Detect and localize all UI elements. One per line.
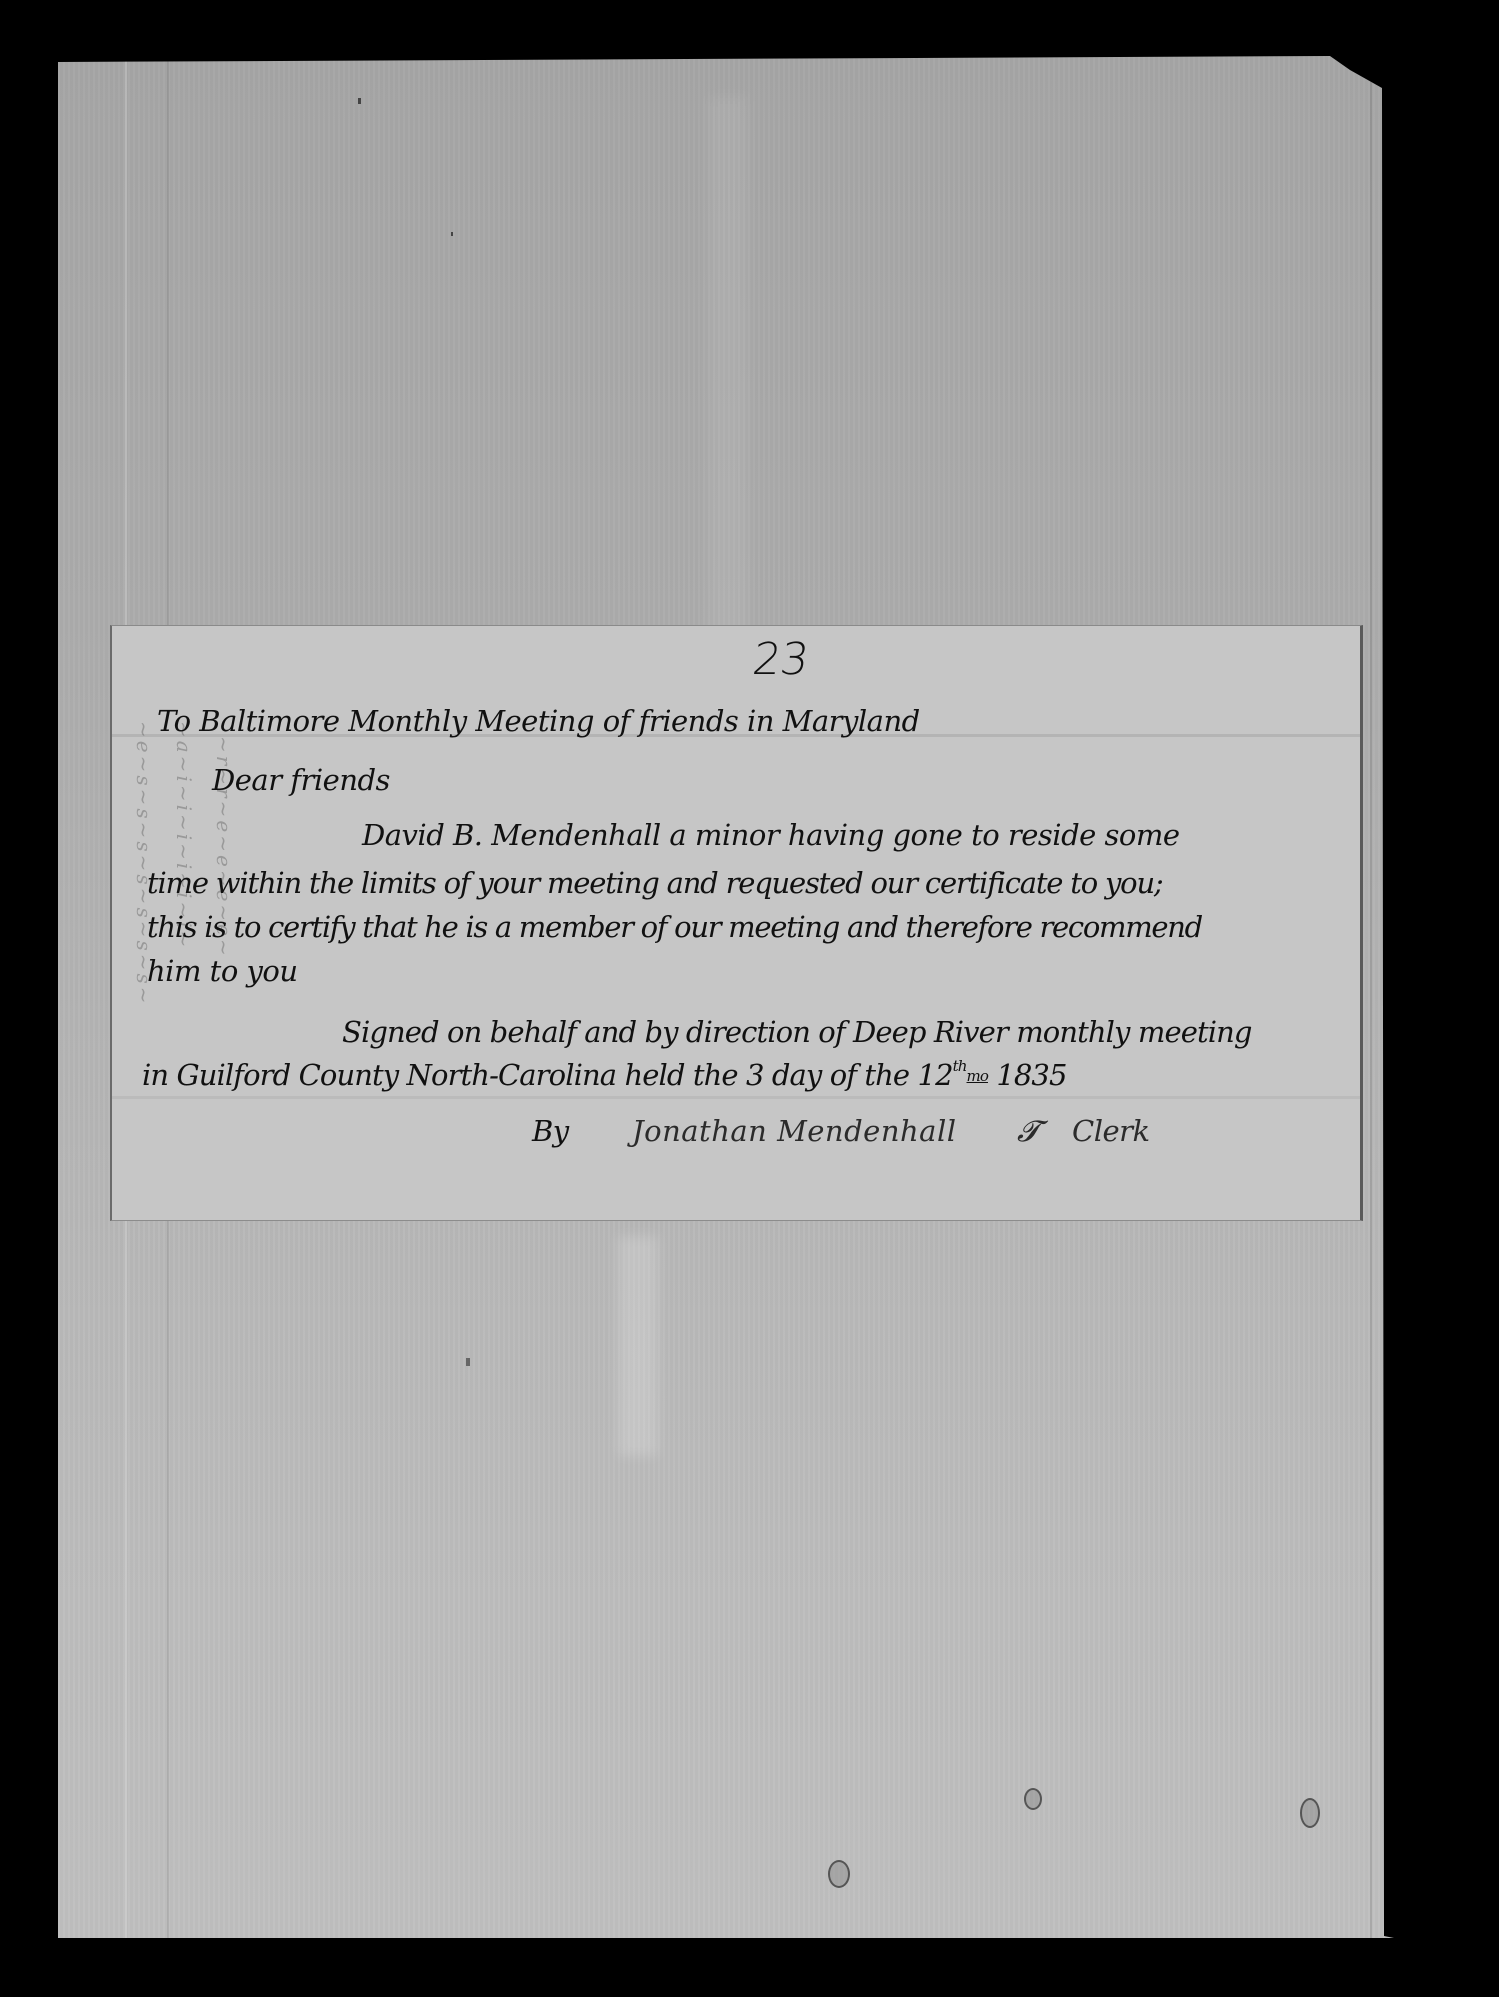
- date-month: 12: [918, 1058, 953, 1092]
- closing-line-1: Signed on behalf and by direction of Dee…: [342, 1015, 1252, 1049]
- paper-speck: [466, 1358, 470, 1366]
- signature-by: By: [532, 1114, 569, 1148]
- closing-line-2: in Guilford County North-Carolina held t…: [142, 1057, 1067, 1092]
- signature-role: Clerk: [1072, 1114, 1150, 1148]
- date-year: 1835: [996, 1058, 1066, 1092]
- paper-speck: [451, 232, 453, 236]
- paper-wear-mark: [618, 1236, 658, 1456]
- place-text: in Guilford County North-Carolina: [142, 1058, 624, 1092]
- scanned-page: ~e~s~s~s~s~s~s~s~ ~a~i~i~i~i~i~i~ ~r~r~e…: [58, 56, 1398, 1938]
- signature-name: Jonathan Mendenhall: [632, 1114, 957, 1148]
- month-superscript: th: [953, 1057, 967, 1075]
- body-line-2: time within the limits of your meeting a…: [147, 866, 1163, 900]
- signature-connector: 𝓣: [1017, 1114, 1039, 1149]
- address-line: To Baltimore Monthly Meeting of friends …: [157, 704, 920, 738]
- body-line-1: David B. Mendenhall a minor having gone …: [362, 818, 1180, 852]
- folio-number: 23: [749, 634, 811, 685]
- ink-spot: [1300, 1798, 1320, 1828]
- body-line-3: this is to certify that he is a member o…: [147, 910, 1202, 944]
- certificate-sheet: ~e~s~s~s~s~s~s~s~ ~a~i~i~i~i~i~i~ ~r~r~e…: [110, 625, 1363, 1221]
- ink-spot: [1024, 1788, 1042, 1810]
- date-day: 3: [746, 1058, 764, 1092]
- ink-spot: [828, 1860, 850, 1888]
- certificate-fold-line: [112, 1096, 1360, 1099]
- month-abbreviation: mo: [967, 1067, 988, 1085]
- held-text: held the: [624, 1058, 746, 1092]
- page-edge-line: [1370, 56, 1372, 1938]
- salutation: Dear friends: [212, 763, 390, 797]
- paper-speck: [358, 98, 361, 104]
- body-line-4: him to you: [147, 954, 298, 988]
- day-of-text: day of the: [764, 1058, 918, 1092]
